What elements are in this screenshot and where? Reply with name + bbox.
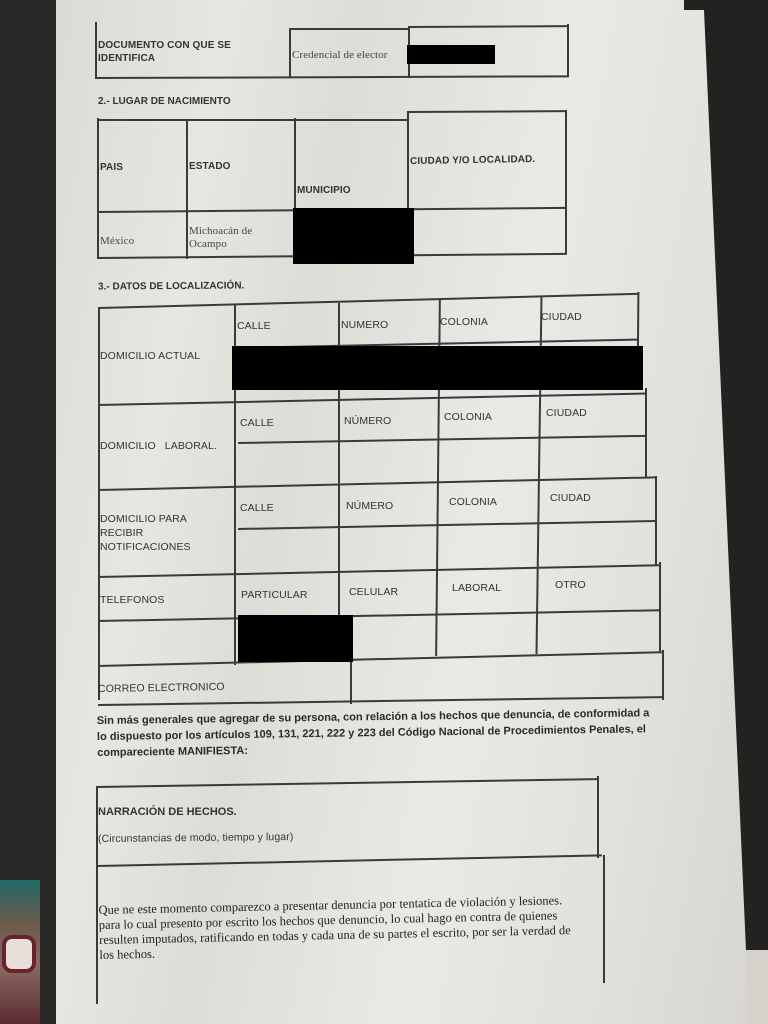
col-numero-notificaciones: NÚMERO xyxy=(346,500,393,512)
row-label-telefonos: TELEFONOS xyxy=(100,594,165,606)
header-ciudad-localidad: CIUDAD Y/O LOCALIDAD. xyxy=(410,154,535,167)
col-ciudad-actual: CIUDAD xyxy=(541,311,582,323)
col-numero-actual: NUMERO xyxy=(341,319,388,331)
col-particular: PARTICULAR xyxy=(241,589,308,601)
col-numero-laboral: NÚMERO xyxy=(344,415,391,427)
row-label-notificaciones-line2: RECIBIR xyxy=(100,527,143,539)
redacted-municipio xyxy=(293,208,414,264)
col-calle-actual: CALLE xyxy=(237,320,271,332)
header-estado: ESTADO xyxy=(189,161,231,172)
row-label-notificaciones-line1: DOMICILIO PARA xyxy=(100,513,187,525)
col-colonia-notificaciones: COLONIA xyxy=(449,496,497,508)
col-ciudad-notificaciones: CIUDAD xyxy=(550,492,591,504)
row-label-domicilio-actual: DOMICILIO ACTUAL xyxy=(100,350,200,362)
header-municipio: MUNICIPIO xyxy=(297,185,351,196)
narrative-title: NARRACIÓN DE HECHOS. xyxy=(98,806,237,818)
col-otro: OTRO xyxy=(555,579,586,591)
value-estado: Michoacán de Ocampo xyxy=(189,225,279,251)
col-colonia-actual: COLONIA xyxy=(440,316,488,328)
redacted-telefono-particular xyxy=(238,615,353,662)
col-calle-notificaciones: CALLE xyxy=(240,502,274,514)
identification-value: Credencial de elector xyxy=(292,49,388,61)
narrative-text: Que ne este momento comparezco a present… xyxy=(98,893,571,963)
redacted-domicilio-actual xyxy=(232,346,643,390)
section-heading-location: 3.- DATOS DE LOCALIZACIÓN. xyxy=(98,280,244,292)
col-laboral: LABORAL xyxy=(452,582,501,594)
col-colonia-laboral: COLONIA xyxy=(444,411,492,423)
row-label-notificaciones-line3: NOTIFICACIONES xyxy=(100,541,191,553)
row-label-correo: CORREO ELECTRONICO xyxy=(98,681,225,695)
redacted-id-number xyxy=(407,45,495,64)
identification-label-line2: IDENTIFICA xyxy=(98,53,155,64)
header-pais: PAIS xyxy=(100,162,123,173)
form-content: DOCUMENTO CON QUE SE IDENTIFICA Credenci… xyxy=(0,0,768,1024)
declaration-paragraph: Sin más generales que agregar de su pers… xyxy=(97,705,678,761)
col-ciudad-laboral: CIUDAD xyxy=(546,407,587,419)
col-celular: CELULAR xyxy=(349,586,398,598)
identification-label-line1: DOCUMENTO CON QUE SE xyxy=(98,40,231,51)
section-heading-birthplace: 2.- LUGAR DE NACIMIENTO xyxy=(98,96,231,107)
row-label-domicilio-laboral: DOMICILIO LABORAL. xyxy=(100,440,217,452)
value-pais: México xyxy=(100,235,134,247)
col-calle-laboral: CALLE xyxy=(240,417,274,429)
narrative-subtitle: (Circunstancias de modo, tiempo y lugar) xyxy=(98,831,294,845)
